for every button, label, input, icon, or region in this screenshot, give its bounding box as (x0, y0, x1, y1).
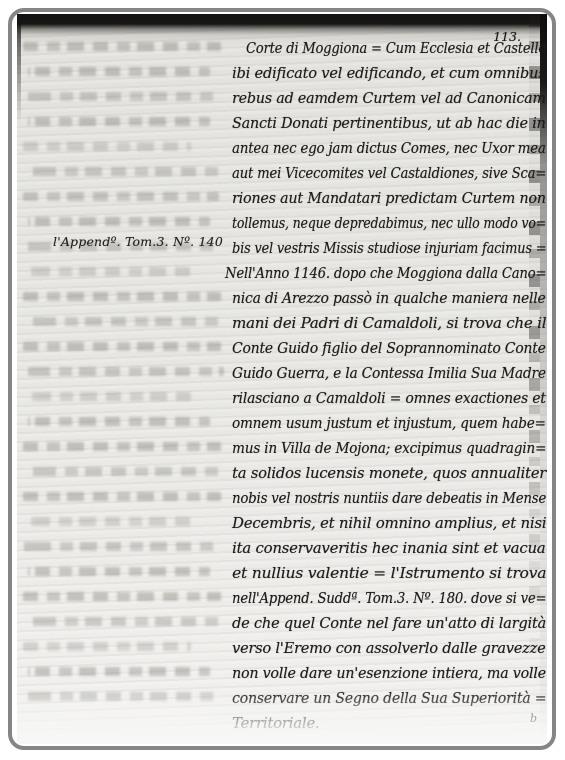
manuscript-line: ita conservaveritis hec inania sint et v… (232, 536, 546, 561)
bleedthrough-line (23, 442, 221, 451)
manuscript-line: nobis vel nostris nuntiis dare debeatis … (232, 486, 546, 511)
bleedthrough-line (28, 417, 210, 426)
manuscript-line: ibi edificato vel edificando, et cum omn… (232, 61, 546, 86)
manuscript-line: de che quel Conte nel fare un'atto di la… (232, 611, 546, 636)
bleedthrough-line (28, 317, 220, 326)
bleedthrough-text-column (23, 42, 221, 717)
manuscript-line: Corte di Moggiona = Cum Ecclesia et Cast… (232, 36, 546, 61)
manuscript-line: non volle dare un'esenzione intiera, ma … (232, 661, 546, 686)
manuscript-line: aut mei Vicecomites vel Castaldiones, si… (232, 161, 546, 186)
manuscript-line: nica di Arezzo passò in qualche maniera … (232, 286, 546, 311)
manuscript-line: Nell'Anno 1146. dopo che Moggiona dalla … (232, 261, 546, 286)
manuscript-line: Guido Guerra, e la Contessa Imilia Sua M… (232, 361, 546, 386)
manuscript-line: omnem usum justum et injustum, quem habe… (232, 411, 546, 436)
bleedthrough-line (28, 617, 220, 626)
manuscript-line: nell'Append. Suddª. Tom.3. Nº. 180. dove… (232, 586, 546, 611)
bleedthrough-line (23, 492, 221, 501)
bleedthrough-line (23, 342, 221, 351)
bleedthrough-line (28, 517, 196, 526)
bleedthrough-line (28, 667, 210, 676)
manuscript-line: Conte Guido figlio del Soprannominato Co… (232, 336, 546, 361)
manuscript-line: tollemus, neque depredabimus, nec ullo m… (232, 211, 546, 236)
bleedthrough-line (28, 217, 210, 226)
manuscript-line: mus in Villa de Mojona; excipimus quadra… (232, 436, 546, 461)
bleedthrough-line (23, 592, 221, 601)
manuscript-line: ta solidos lucensis monete, quos annuali… (232, 461, 546, 486)
bleedthrough-line (28, 267, 196, 276)
manuscript-line: Decembris, et nihil omnino amplius, et n… (232, 511, 546, 536)
manuscript-line: mani dei Padri di Camaldoli, si trova ch… (232, 311, 546, 336)
manuscript-line: bis vel vestris Missis studiose injuriam… (232, 236, 546, 261)
manuscript-text-column: Corte di Moggiona = Cum Ecclesia et Cast… (232, 36, 546, 736)
bleedthrough-line (28, 67, 210, 76)
bleedthrough-line (28, 167, 220, 176)
manuscript-line: et nullius valentie = l'Istrumento si tr… (232, 561, 546, 586)
page-bottom-fade (17, 689, 547, 744)
bleedthrough-line (28, 367, 224, 376)
bleedthrough-line (23, 392, 191, 401)
manuscript-line: rebus ad eamdem Curtem vel ad Canonicam (232, 86, 546, 111)
manuscript-line: rilasciano a Camaldoli = omnes exactione… (232, 386, 546, 411)
bleedthrough-line (23, 542, 219, 551)
bleedthrough-line (28, 567, 210, 576)
scanned-manuscript-photo: 113. l'Appendº. Tom.3. Nº. 140 Corte di … (0, 0, 565, 760)
margin-note: l'Appendº. Tom.3. Nº. 140 (53, 234, 223, 249)
bleedthrough-line (23, 142, 191, 151)
manuscript-line: verso l'Eremo con assolverlo dalle grave… (232, 636, 546, 661)
bleedthrough-line (23, 642, 191, 651)
manuscript-line: antea nec ego jam dictus Comes, nec Uxor… (232, 136, 546, 161)
bleedthrough-line (23, 92, 215, 101)
bleedthrough-line (28, 117, 210, 126)
bleedthrough-line (23, 192, 219, 201)
bleedthrough-line (23, 292, 221, 301)
bleedthrough-line (28, 467, 220, 476)
manuscript-line: riones aut Mandatari predictam Curtem no… (232, 186, 546, 211)
manuscript-line: Sancti Donati pertinentibus, ut ab hac d… (232, 111, 546, 136)
manuscript-page: 113. l'Appendº. Tom.3. Nº. 140 Corte di … (17, 14, 547, 744)
bleedthrough-line (23, 42, 221, 51)
page-left-edge-shadow (17, 14, 21, 124)
